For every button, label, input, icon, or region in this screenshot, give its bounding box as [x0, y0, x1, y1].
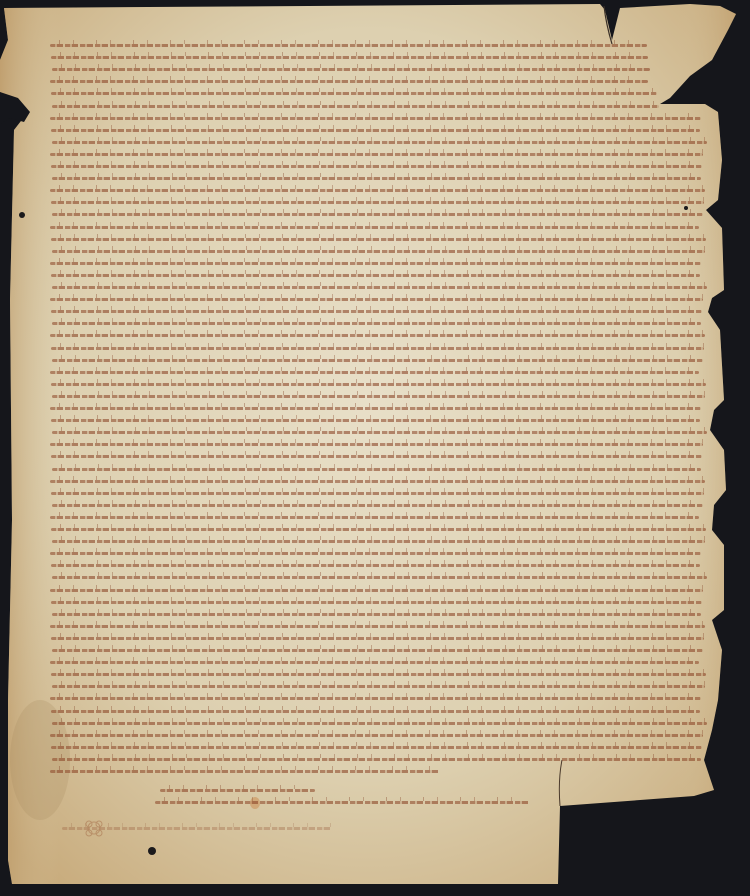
parchment-sheet	[0, 0, 750, 896]
document-viewer: medieval parchment charter Gothic cursiv…	[0, 0, 750, 896]
ink-blot	[148, 847, 156, 855]
